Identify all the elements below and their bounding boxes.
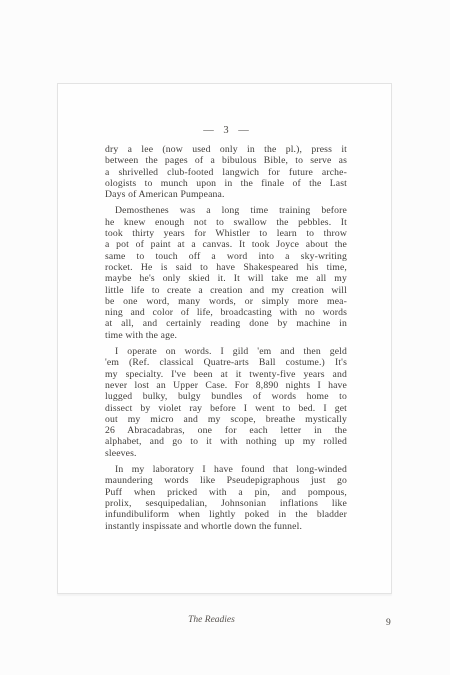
text-line: took thirty years for Whistler to learn … bbox=[105, 228, 347, 239]
paragraph: Demosthenes was a long time training bef… bbox=[105, 205, 347, 341]
text-line: same to touch off a word into a sky-writ… bbox=[105, 251, 347, 262]
text-line: instantly inspissate and whortle down th… bbox=[105, 521, 347, 532]
text-line: ning and color of life, broadcasting wit… bbox=[105, 307, 347, 318]
facsimile-page-number-heading: — 3 — bbox=[105, 125, 347, 137]
page-number: 9 bbox=[386, 618, 391, 628]
facsimile-page: — 3 — dry a lee (now used only in the pl… bbox=[57, 83, 392, 594]
text-line: alphabet, and go to it with nothing up m… bbox=[105, 436, 347, 447]
text-line: 26 Abracadabras, one for each letter in … bbox=[105, 425, 347, 436]
facsimile-text: dry a lee (now used only in the pl.), pr… bbox=[105, 144, 347, 532]
text-line: I operate on words. I gild 'em and then … bbox=[105, 346, 347, 357]
text-line: little life to create a creation and my … bbox=[105, 285, 347, 296]
text-line: Demosthenes was a long time training bef… bbox=[105, 205, 347, 216]
text-line: In my laboratory I have found that long-… bbox=[105, 464, 347, 475]
text-line: my specialty. I've been at it twenty-fiv… bbox=[105, 369, 347, 380]
text-line: prolix, sesquipedalian, Johnsonian infla… bbox=[105, 498, 347, 509]
text-line: lugged bulky, bulgy bundles of words hom… bbox=[105, 391, 347, 402]
text-line: a pot of paint at a canvas. It took Joyc… bbox=[105, 239, 347, 250]
text-line: Puff when pricked with a pin, and pompou… bbox=[105, 487, 347, 498]
text-line: dry a lee (now used only in the pl.), pr… bbox=[105, 144, 347, 155]
text-line: he knew enough not to swallow the pebble… bbox=[105, 217, 347, 228]
paragraph: I operate on words. I gild 'em and then … bbox=[105, 346, 347, 459]
text-line: maundering words like Pseudepigraphous j… bbox=[105, 475, 347, 486]
book-page: — 3 — dry a lee (now used only in the pl… bbox=[0, 0, 450, 675]
text-line: at all, and certainly reading done by ma… bbox=[105, 318, 347, 329]
text-line: never lost an Upper Case. For 8,890 nigh… bbox=[105, 380, 347, 391]
paragraph: In my laboratory I have found that long-… bbox=[105, 464, 347, 532]
text-line: be one word, many words, or simply more … bbox=[105, 296, 347, 307]
text-line: out my micro and my scope, breathe mysti… bbox=[105, 414, 347, 425]
text-line: infundibuliform when lightly poked in th… bbox=[105, 509, 347, 520]
text-line: dissect by violet ray before I went to b… bbox=[105, 403, 347, 414]
text-line: time with the age. bbox=[105, 330, 347, 341]
running-footer-title: The Readies bbox=[188, 615, 235, 625]
paragraph: dry a lee (now used only in the pl.), pr… bbox=[105, 144, 347, 200]
text-line: maybe he's only skied it. It will take m… bbox=[105, 273, 347, 284]
text-line: 'em (Ref. classical Quatre-arts Ball cos… bbox=[105, 357, 347, 368]
running-footer: The Readies bbox=[44, 615, 379, 625]
text-line: between the pages of a bibulous Bible, t… bbox=[105, 155, 347, 166]
text-line: sleeves. bbox=[105, 448, 347, 459]
text-line: rocket. He is said to have Shakespeared … bbox=[105, 262, 347, 273]
text-line: Days of American Pumpeana. bbox=[105, 189, 347, 200]
text-line: a shrivelled club-footed langwich for fu… bbox=[105, 167, 347, 178]
text-line: ologists to munch upon in the finale of … bbox=[105, 178, 347, 189]
